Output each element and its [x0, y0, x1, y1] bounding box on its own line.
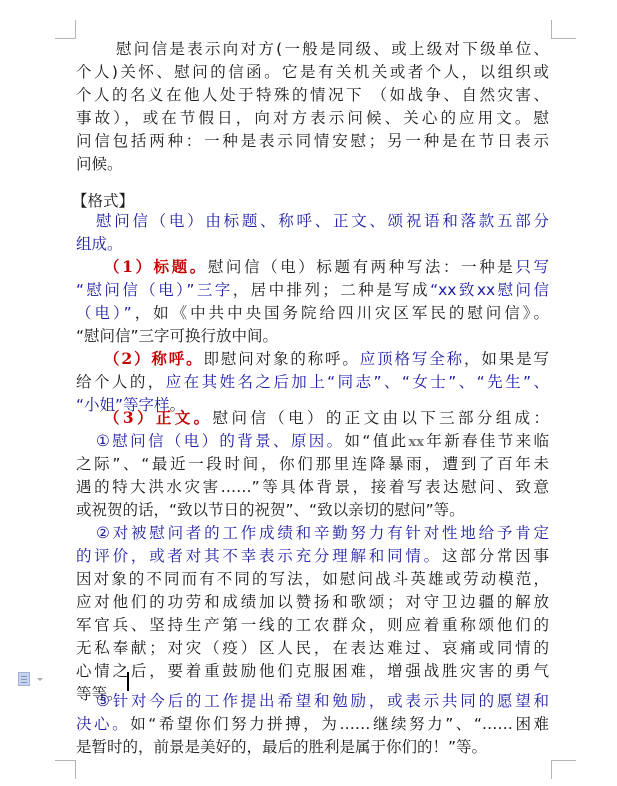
text-run: 军官兵、坚持生产第一线的工农群众，则应着重称颂他们的 [76, 616, 549, 634]
text-cursor [127, 672, 129, 691]
text-line: 组成。 [76, 234, 549, 254]
text-line: 【格式】 [72, 191, 549, 211]
text-run: 是暂时的，前景是美好的，最后的胜利是属于你们的！”等。 [76, 738, 487, 756]
text-run: 慰问信（电）的正文由以下三部分组成： [213, 409, 549, 427]
text-line: 是暂时的，前景是美好的，最后的胜利是属于你们的！”等。 [76, 737, 549, 757]
section-heading: （1）标题。 [104, 257, 208, 276]
text-run: ，如《中共中央国务院给四川灾区军民的慰问信》。 [132, 304, 549, 322]
text-line: 遇的特大洪水灾害……”等具体背景，接着写表达慰问、致意 [76, 477, 549, 497]
text-line: 决心。如“希望你们努力拼搏，为……继续努力”、“……困难 [76, 714, 549, 734]
text-line: 慰问信（电）由标题、称呼、正文、颂祝语和落款五部分 [96, 211, 549, 231]
text-run: 决心。 [76, 715, 130, 733]
text-run: ①慰问信（电）的背景、原因。 [96, 432, 344, 450]
text-run: 慰问信是表示向对方(一般是同级、或上级对下级单位、 [116, 40, 549, 58]
margin-corner-top-left [55, 20, 76, 39]
text-run: “慰问信（电）”三字 [76, 281, 233, 299]
text-line: 问候。 [76, 154, 549, 174]
text-line: 之际”、“最近一段时间，你们那里连降暴雨，遭到了百年未 [76, 454, 549, 474]
text-line: ②对被慰问者的工作成绩和辛勤努力有针对性地给予肯定 [96, 523, 549, 543]
section-heading: （2）称呼。 [104, 349, 203, 368]
text-line: （1）标题。慰问信（电）标题有两种写法：一种是只写 [104, 257, 549, 277]
section-heading: （3）正文。 [104, 408, 213, 427]
text-run: 如“希望你们努力拼搏，为……继续努力”、“……困难 [130, 715, 549, 733]
text-run: 个人的名义在他人处于特殊的情况下 （如战争、自然灾害、 [76, 86, 549, 104]
text-line: 个人)关怀、慰问的信函。它是有关机关或者个人，以组织或 [76, 62, 549, 82]
text-run: ②对被慰问者的工作成绩和辛勤努力有针对性地给予肯定 [96, 524, 549, 542]
text-run: 事故），或在节假日，向对方表示问候、关心的应用文。慰 [76, 109, 549, 127]
text-run: “慰问信”三字可换行放中间。 [76, 327, 278, 345]
text-run: 这部分常因事 [442, 547, 549, 565]
chevron-down-icon[interactable] [37, 678, 43, 681]
paste-options-icon[interactable] [18, 672, 30, 686]
text-run: 的评价，或者对其不幸表示充分理解和同情。 [76, 547, 442, 565]
text-run: 个人)关怀、慰问的信函。它是有关机关或者个人，以组织或 [76, 63, 549, 81]
text-run: 组成。 [76, 235, 123, 253]
text-run: 问信包括两种：一种是表示同情安慰；另一种是在节日表示 [76, 132, 549, 150]
text-line: ①慰问信（电）的背景、原因。如“值此xx年新春佳节来临 [96, 431, 549, 451]
text-run: 只写 [515, 258, 549, 276]
text-run: 应对他们的功劳和成绩加以赞扬和歌颂；对守卫边疆的解放 [76, 593, 549, 611]
text-run: 应在其姓名之后加上“同志”、“女士”、“先生”、 [166, 373, 549, 391]
text-run: “xx致xx慰问信 [430, 281, 549, 299]
margin-corner-bottom-left [55, 760, 76, 779]
text-line: 问信包括两种：一种是表示同情安慰；另一种是在节日表示 [76, 131, 549, 151]
text-line: “慰问信（电）”三字，居中排列；二种是写成“xx致xx慰问信 [76, 280, 549, 300]
text-run: 遇的特大洪水灾害……”等具体背景，接着写表达慰问、致意 [76, 478, 549, 496]
text-line: （3）正文。慰问信（电）的正文由以下三部分组成： [104, 408, 549, 428]
text-run: 问候。 [76, 155, 123, 173]
text-run: 因对象的不同而有不同的写法，如慰问战斗英雄或劳动模范， [76, 570, 549, 588]
text-run: 心情之后，要着重鼓励他们克服困难，增强战胜灾害的勇气 [76, 662, 549, 680]
text-line: 给个人的，应在其姓名之后加上“同志”、“女士”、“先生”、 [76, 372, 549, 392]
text-run: 之际”、“最近一段时间，你们那里连降暴雨，遭到了百年未 [76, 455, 549, 473]
text-run: （电）” [76, 304, 132, 322]
text-run: xx [408, 435, 424, 450]
text-line: “慰问信”三字可换行放中间。 [76, 326, 549, 346]
text-run: ，如果是写 [464, 350, 549, 368]
text-run: 应顶格写全称 [360, 350, 464, 368]
margin-corner-bottom-right [551, 760, 576, 779]
text-line: ③针对今后的工作提出希望和勉励，或表示共同的愿望和 [96, 691, 549, 711]
text-line: （电）”，如《中共中央国务院给四川灾区军民的慰问信》。 [76, 303, 549, 323]
text-run: 给个人的， [76, 373, 166, 391]
text-run: 即慰问对象的称呼。 [203, 350, 359, 368]
text-line: 应对他们的功劳和成绩加以赞扬和歌颂；对守卫边疆的解放 [76, 592, 549, 612]
text-run: 慰问信（电）由标题、称呼、正文、颂祝语和落款五部分 [96, 212, 549, 230]
text-run: 【格式】 [72, 192, 134, 210]
text-run: ③针对今后的工作提出希望和勉励，或表示共同的愿望和 [96, 692, 549, 710]
text-run: 年新春佳节来临 [424, 432, 549, 450]
margin-corner-top-right [551, 20, 576, 39]
text-line: 无私奉献；对灾（疫）区人民，在表达难过、哀痛或同情的 [76, 638, 549, 658]
text-line: 的评价，或者对其不幸表示充分理解和同情。这部分常因事 [76, 546, 549, 566]
text-line: 心情之后，要着重鼓励他们克服困难，增强战胜灾害的勇气 [76, 661, 549, 681]
text-run: 无私奉献；对灾（疫）区人民，在表达难过、哀痛或同情的 [76, 639, 549, 657]
text-run: 如“值此 [344, 432, 408, 450]
text-line: 个人的名义在他人处于特殊的情况下 （如战争、自然灾害、 [76, 85, 549, 105]
text-run: ，居中排列；二种是写成 [233, 281, 430, 299]
text-line: 慰问信是表示向对方(一般是同级、或上级对下级单位、 [116, 39, 549, 59]
text-run: 慰问信（电）标题有两种写法：一种是 [208, 258, 516, 276]
text-run: 或祝贺的话，“致以节日的祝贺”、“致以亲切的慰问”等。 [76, 501, 465, 519]
text-line: 或祝贺的话，“致以节日的祝贺”、“致以亲切的慰问”等。 [76, 500, 549, 520]
text-line: 事故），或在节假日，向对方表示问候、关心的应用文。慰 [76, 108, 549, 128]
text-line: 因对象的不同而有不同的写法，如慰问战斗英雄或劳动模范， [76, 569, 549, 589]
text-line: （2）称呼。即慰问对象的称呼。应顶格写全称，如果是写 [104, 349, 549, 369]
text-line: 军官兵、坚持生产第一线的工农群众，则应着重称颂他们的 [76, 615, 549, 635]
